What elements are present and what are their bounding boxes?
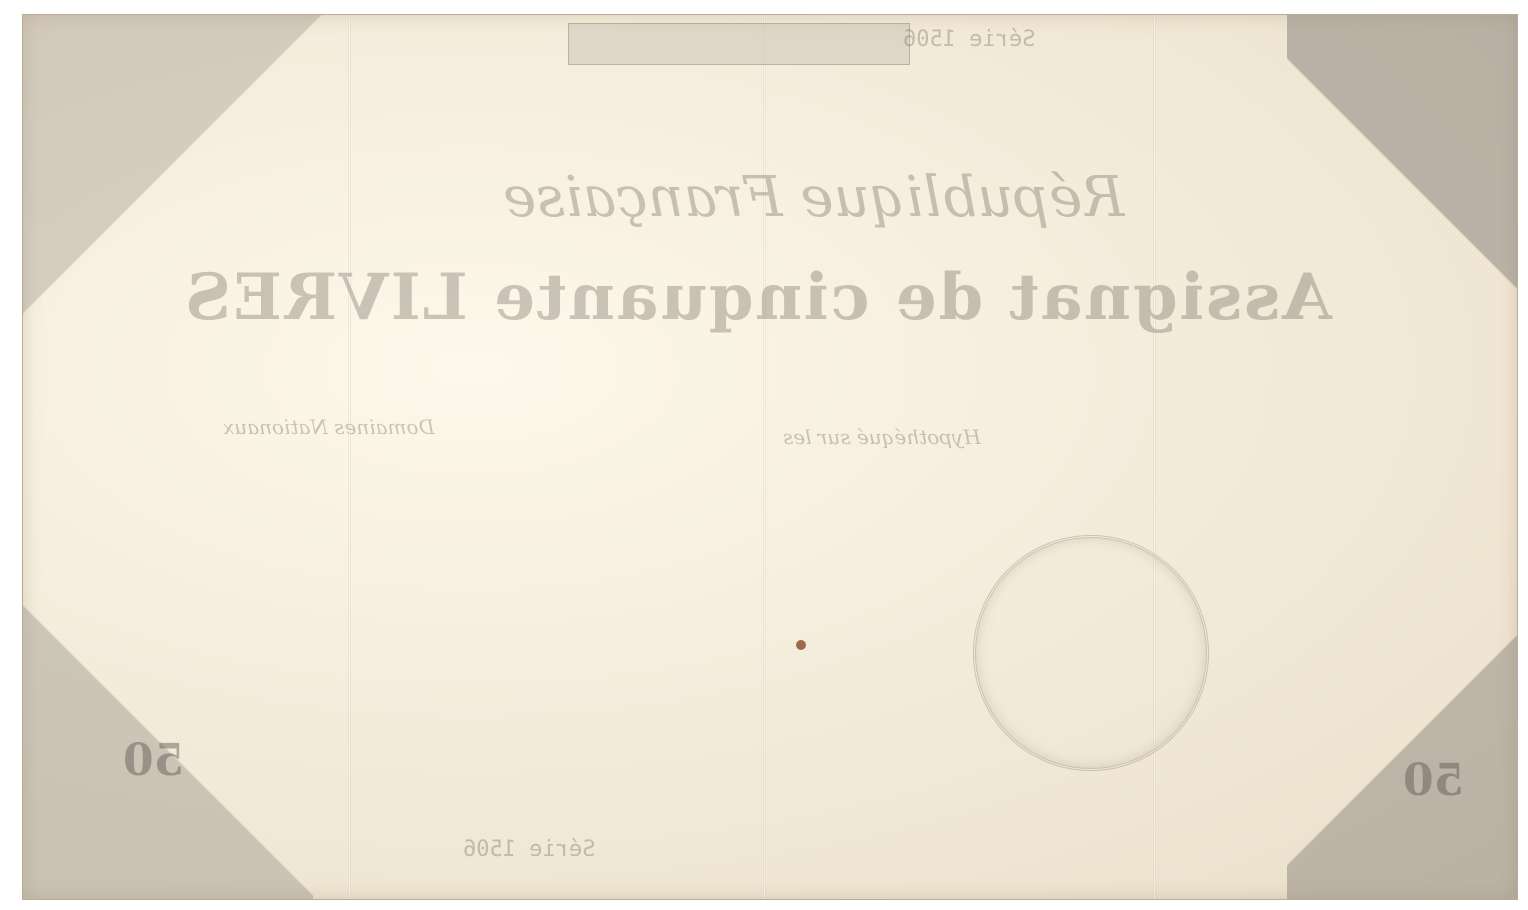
text-left: Domaines Nationaux (223, 415, 435, 439)
value-bottom-right: 50 (1403, 755, 1464, 806)
dry-seal (973, 535, 1209, 771)
title-line: République Française (503, 165, 1124, 230)
text-right: Hypothéqué sur les (783, 425, 981, 449)
fold-line (1153, 15, 1156, 899)
bottom-serial: Série 1506 (463, 837, 595, 862)
fold-line (348, 15, 351, 899)
top-serial: Série 1506 (903, 27, 1035, 52)
fold-line (763, 15, 766, 899)
corner-ornament-bottom-right (1287, 599, 1517, 899)
banknote: Série 1506 République Française Assignat… (22, 14, 1518, 900)
top-band (568, 23, 910, 65)
denomination-line: Assignat de cinquante LIVRES (183, 260, 1332, 335)
value-bottom-left: 50 (123, 735, 184, 786)
stain (796, 640, 806, 650)
